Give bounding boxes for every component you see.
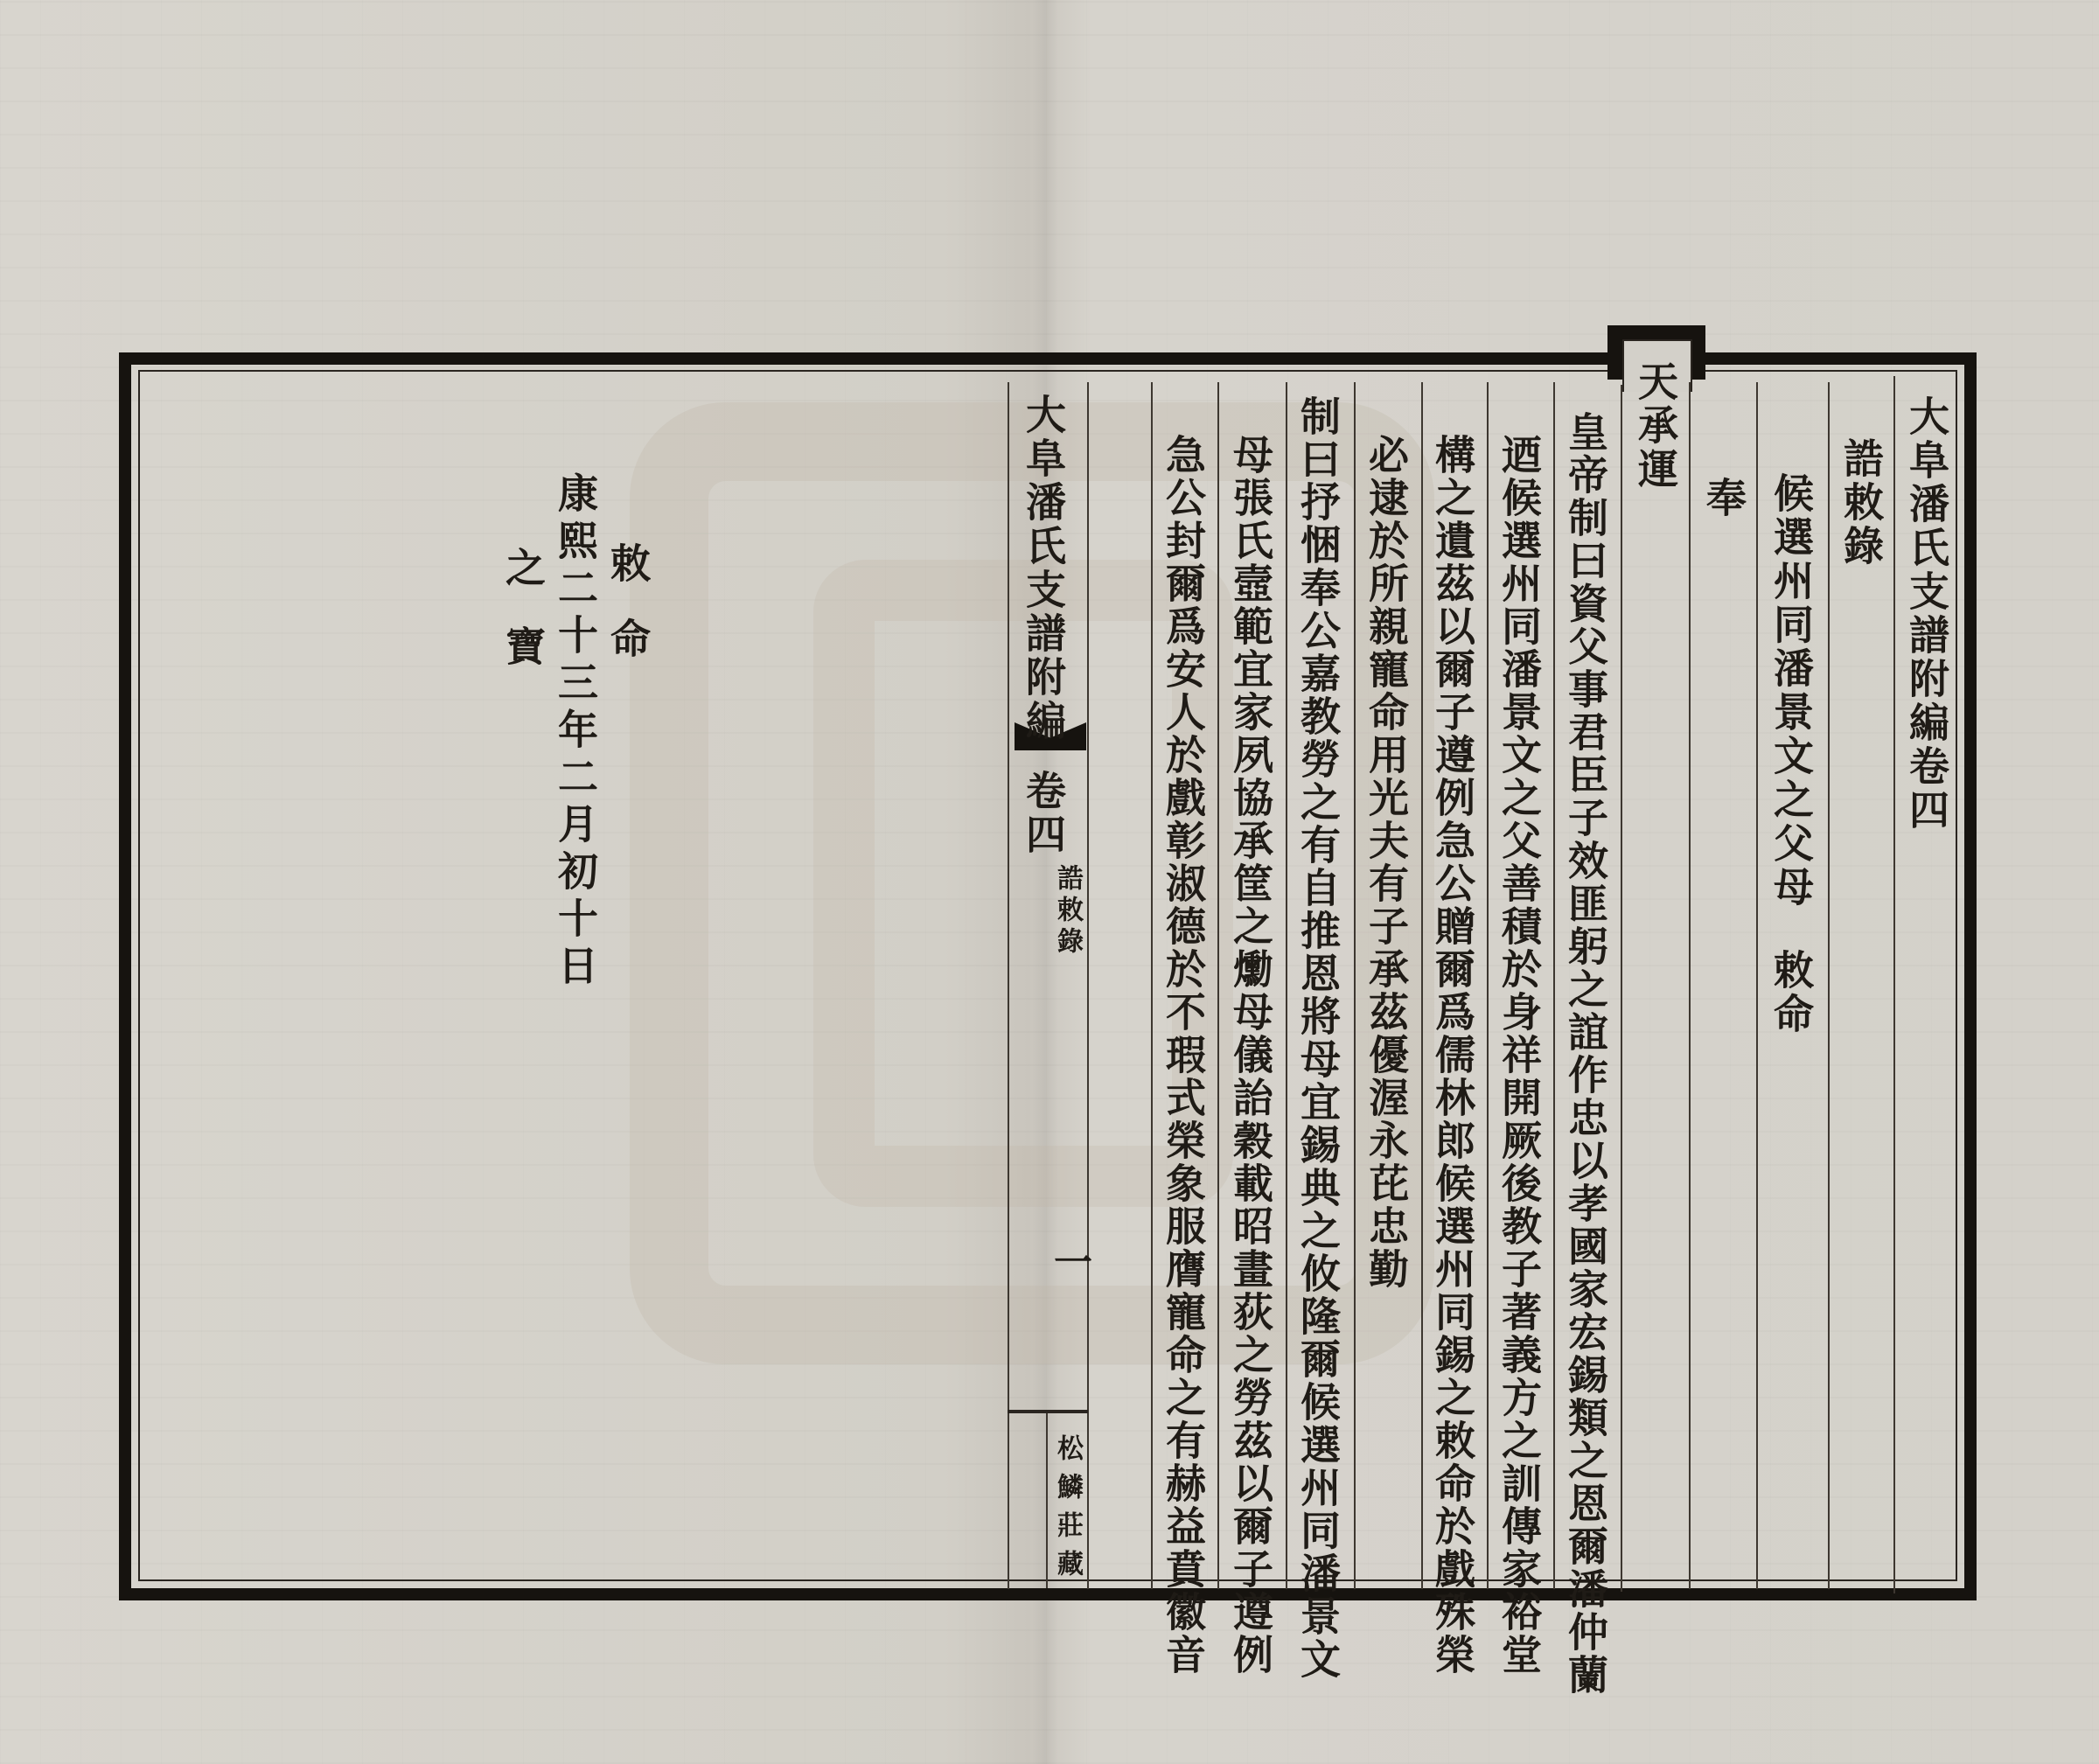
body-line-6: 母張氏壼範宜家夙協承筐之爋母儀詒穀載昭畫荻之勞茲以爾子遵例 (1231, 434, 1271, 1677)
recipient-suffix: 敕命 (1771, 949, 1811, 1036)
body-line-1: 皇帝制曰資父事君臣子效匪躬之誼作忠以孝國家宏錫類之恩爾潘仲蘭 (1566, 411, 1606, 1697)
book-title-line: 大阜潘氏支譜附編卷四 (1907, 395, 1947, 833)
column-rule (1046, 1413, 1048, 1588)
collection-mark: 松鱗莊藏 (1054, 1434, 1080, 1588)
body-line-5: 制曰抒悃奉公嘉教勞之有自推恩將母宜錫典之攸隆爾候選州同潘景文 (1298, 395, 1338, 1681)
body-line-7: 急公封爾爲安人於戲彰淑德於不瑕式榮象服膺寵命之有赫益賁徽音 (1163, 434, 1203, 1677)
margin-section: 誥敕錄 (1054, 864, 1080, 959)
column-rule (1756, 382, 1758, 1589)
body-line-4: 必逮於所親寵命用光夫有子承茲優渥永芘忠勤 (1366, 434, 1406, 1291)
column-rule (1151, 382, 1153, 1589)
column-rule (1008, 382, 1009, 1589)
body-line-2: 迺候選州同潘景文之父善積於身祥開厥後教子著義方之訓傳家裕堂 (1499, 434, 1539, 1677)
column-rule (1286, 382, 1287, 1589)
column-rule (1828, 382, 1830, 1589)
column-rule (1893, 376, 1895, 1593)
page-number: 一 (1049, 1242, 1088, 1284)
column-rule (1487, 382, 1489, 1589)
heading-tab-text: 天承運 (1635, 360, 1676, 492)
seal-line: 之寶 (503, 547, 543, 704)
feng-line: 奉 (1704, 477, 1744, 520)
margin-volume: 卷四 (1023, 770, 1063, 857)
date-line: 康熙二十三年二月初十日 (555, 472, 596, 992)
recipient-line: 候選州同潘景文之父母 (1771, 472, 1811, 910)
column-rule (1354, 382, 1356, 1589)
column-rule (1087, 382, 1089, 1589)
column-rule (1553, 382, 1555, 1589)
column-rule (1689, 382, 1691, 1589)
column-rule (1621, 385, 1622, 1592)
edict-label: 敕命 (608, 542, 648, 693)
body-line-3: 構之遺茲以爾子遵例急公贈爾爲儒林郎候選州同錫之敕命於戲殊榮 (1433, 434, 1473, 1677)
lower-rule (1008, 1410, 1088, 1413)
section-label: 誥敕錄 (1841, 437, 1881, 568)
margin-book-title: 大阜潘氏支譜附編 (1023, 394, 1063, 743)
column-rule (1217, 382, 1219, 1589)
column-rule (1421, 382, 1423, 1589)
